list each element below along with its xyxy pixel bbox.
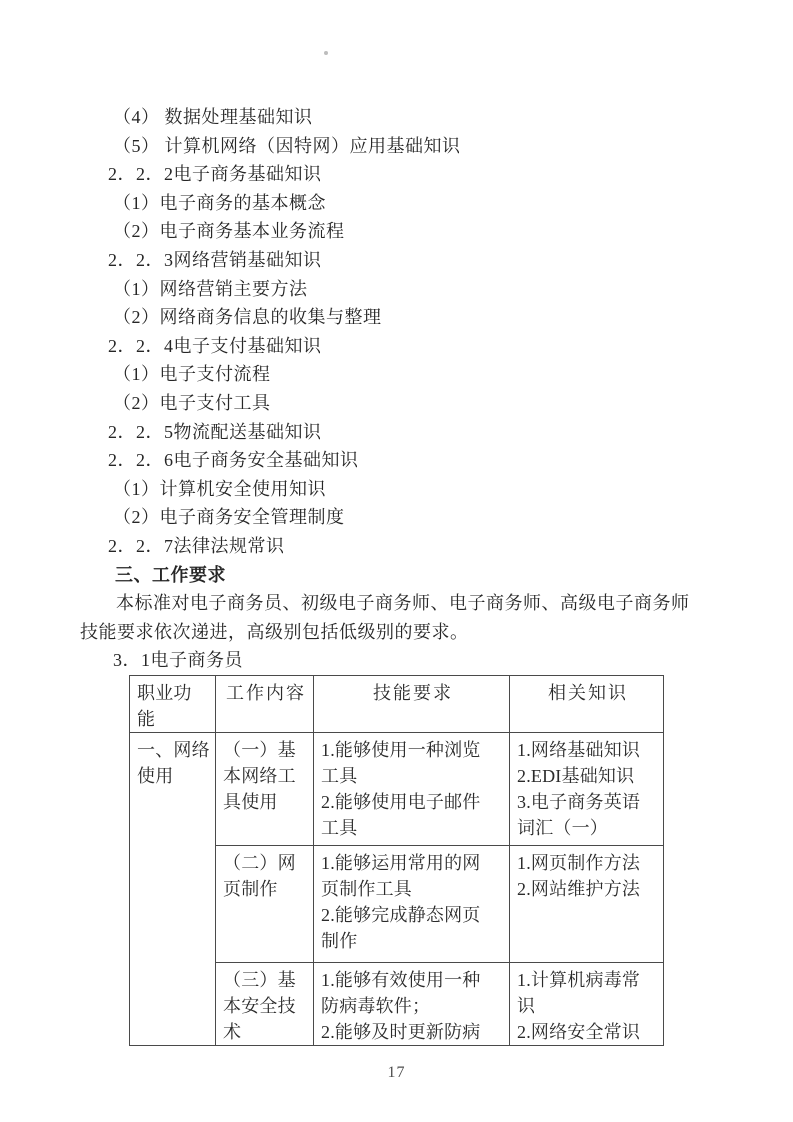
outline-item: （1）电子支付流程: [80, 360, 710, 389]
header-related-knowledge: 相关知识: [510, 676, 664, 733]
outline-item: 2．2．5物流配送基础知识: [80, 418, 710, 447]
outline-item: （1）电子商务的基本概念: [80, 189, 710, 218]
cell-skills: 1.能够运用常用的网 页制作工具 2.能够完成静态网页 制作: [314, 846, 510, 963]
subsection-heading: 3．1电子商务员: [80, 646, 710, 675]
cell-skills: 1.能够有效使用一种 防病毒软件； 2.能够及时更新防病: [314, 963, 510, 1046]
outline-item: （2）电子支付工具: [80, 389, 710, 418]
outline-item: 2．2．7法律法规常识: [80, 532, 710, 561]
body-paragraph: 本标准对电子商务员、初级电子商务师、电子商务师、高级电子商务师 技能要求依次递进…: [80, 589, 710, 646]
page-number: 17: [0, 1064, 793, 1082]
scan-artifact-dot: [324, 51, 328, 55]
header-work-content: 工作内容: [216, 676, 314, 733]
document-page: （4） 数据处理基础知识 （5） 计算机网络（因特网）应用基础知识 2．2．2电…: [0, 0, 793, 1122]
outline-item: 2．2．3网络营销基础知识: [80, 246, 710, 275]
outline-item: （1）计算机安全使用知识: [80, 475, 710, 504]
outline-item: （1）网络营销主要方法: [80, 275, 710, 304]
outline-item: 2．2．2电子商务基础知识: [80, 160, 710, 189]
cell-knowledge: 1.网页制作方法 2.网站维护方法: [510, 846, 664, 963]
outline-item: 2．2．4电子支付基础知识: [80, 332, 710, 361]
outline-block: （4） 数据处理基础知识 （5） 计算机网络（因特网）应用基础知识 2．2．2电…: [80, 103, 710, 675]
header-skill-requirements: 技能要求: [314, 676, 510, 733]
outline-item: （4） 数据处理基础知识: [80, 103, 710, 132]
table-header-row: 职业功 能 工作内容 技能要求 相关知识: [130, 676, 664, 733]
cell-skills: 1.能够使用一种浏览 工具 2.能够使用电子邮件 工具: [314, 733, 510, 846]
header-occupational-function: 职业功 能: [130, 676, 216, 733]
cell-work-content: （一）基 本网络工 具使用: [216, 733, 314, 846]
table-row: 一、网络 使用 （一）基 本网络工 具使用 1.能够使用一种浏览 工具 2.能够…: [130, 733, 664, 846]
cell-function-group: 一、网络 使用: [130, 733, 216, 1046]
outline-item: 2．2．6电子商务安全基础知识: [80, 446, 710, 475]
outline-item: （2）电子商务安全管理制度: [80, 503, 710, 532]
cell-work-content: （二）网 页制作: [216, 846, 314, 963]
section-heading: 三、工作要求: [80, 561, 710, 590]
cell-knowledge: 1.计算机病毒常 识 2.网络安全常识: [510, 963, 664, 1046]
outline-item: （2）电子商务基本业务流程: [80, 217, 710, 246]
outline-item: （2）网络商务信息的收集与整理: [80, 303, 710, 332]
cell-knowledge: 1.网络基础知识 2.EDI基础知识 3.电子商务英语 词汇（一）: [510, 733, 664, 846]
outline-item: （5） 计算机网络（因特网）应用基础知识: [80, 132, 710, 161]
cell-work-content: （三）基 本安全技 术: [216, 963, 314, 1046]
skills-requirements-table: 职业功 能 工作内容 技能要求 相关知识 一、网络 使用 （一）基 本网络工 具…: [129, 675, 664, 1046]
